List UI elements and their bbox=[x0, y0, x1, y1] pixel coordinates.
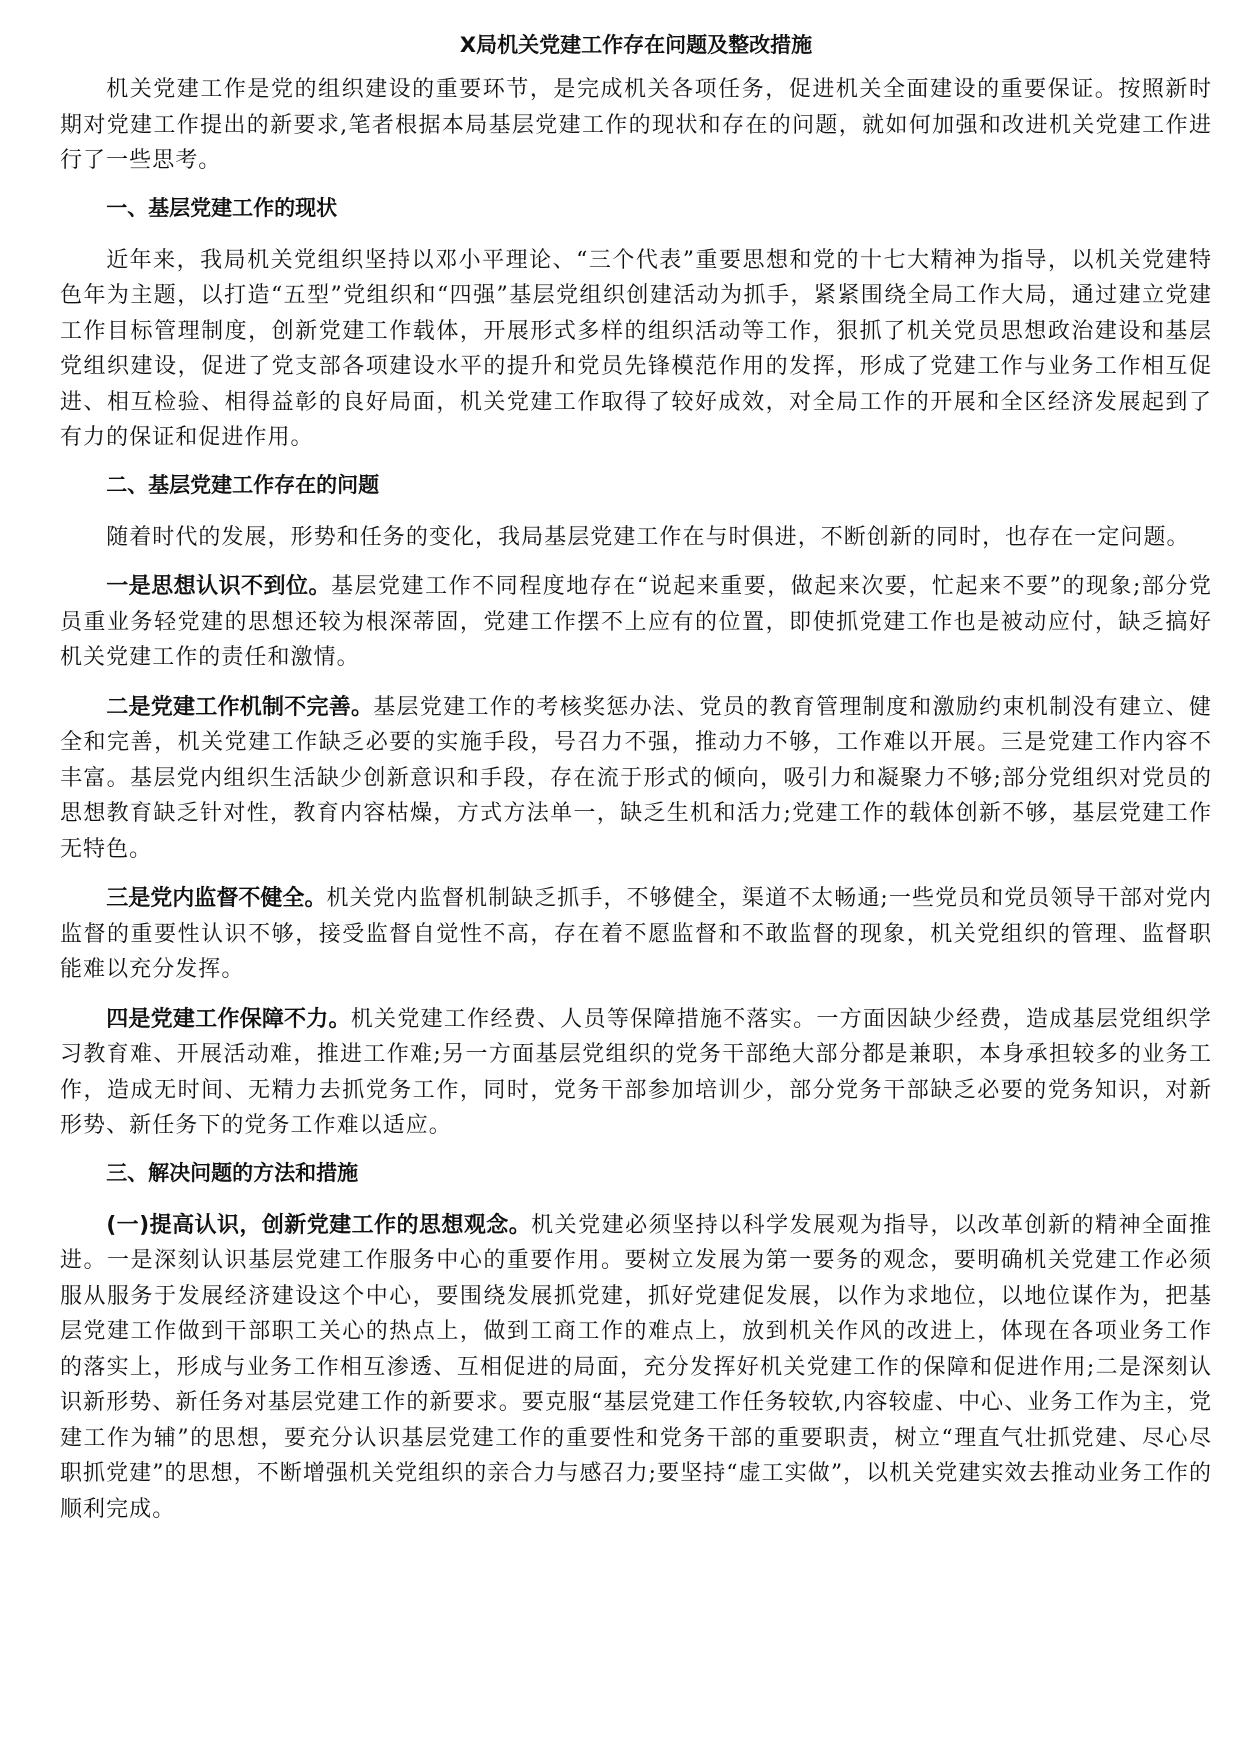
paragraph-lead: 四是党建工作保障不力。 bbox=[106, 1007, 351, 1032]
paragraph-lead: 三是党内监督不健全。 bbox=[106, 886, 326, 911]
paragraph-lead: (一)提高认识，创新党建工作的思想观念。 bbox=[106, 1213, 531, 1238]
paragraph-status: 近年来，我局机关党组织坚持以邓小平理论、“三个代表”重要思想和党的十七大精神为指… bbox=[60, 243, 1212, 456]
paragraph-problems-intro: 随着时代的发展，形势和任务的变化，我局基层党建工作在与时俱进，不断创新的同时，也… bbox=[60, 520, 1212, 556]
paragraph-problem-1: 一是思想认识不到位。基层党建工作不同程度地存在“说起来重要，做起来次要，忙起来不… bbox=[60, 569, 1212, 676]
paragraph-problem-4: 四是党建工作保障不力。机关党建工作经费、人员等保障措施不落实。一方面因缺少经费，… bbox=[60, 1002, 1212, 1144]
paragraph-measure-1: (一)提高认识，创新党建工作的思想观念。机关党建必须坚持以科学发展观为指导，以改… bbox=[60, 1208, 1212, 1528]
intro-paragraph: 机关党建工作是党的组织建设的重要环节，是完成机关各项任务，促进机关全面建设的重要… bbox=[60, 72, 1212, 179]
paragraph-text: 机关党建必须坚持以科学发展观为指导，以改革创新的精神全面推进。一是深刻认识基层党… bbox=[60, 1213, 1212, 1522]
paragraph-text: 随着时代的发展，形势和任务的变化，我局基层党建工作在与时俱进，不断创新的同时，也… bbox=[106, 525, 1189, 550]
paragraph-lead: 二是党建工作机制不完善。 bbox=[106, 695, 373, 720]
document-page: X局机关党建工作存在问题及整改措施 机关党建工作是党的组织建设的重要环节，是完成… bbox=[60, 30, 1212, 1541]
section-heading-problems: 二、基层党建工作存在的问题 bbox=[60, 470, 1212, 500]
document-title: X局机关党建工作存在问题及整改措施 bbox=[60, 30, 1212, 60]
paragraph-problem-2: 二是党建工作机制不完善。基层党建工作的考核奖惩办法、党员的教育管理制度和激励约束… bbox=[60, 690, 1212, 868]
paragraph-lead: 一是思想认识不到位。 bbox=[106, 574, 331, 599]
paragraph-problem-3: 三是党内监督不健全。机关党内监督机制缺乏抓手，不够健全，渠道不太畅通;一些党员和… bbox=[60, 881, 1212, 988]
section-heading-status: 一、基层党建工作的现状 bbox=[60, 193, 1212, 223]
paragraph-text: 近年来，我局机关党组织坚持以邓小平理论、“三个代表”重要思想和党的十七大精神为指… bbox=[60, 248, 1212, 451]
section-heading-measures: 三、解决问题的方法和措施 bbox=[60, 1158, 1212, 1188]
